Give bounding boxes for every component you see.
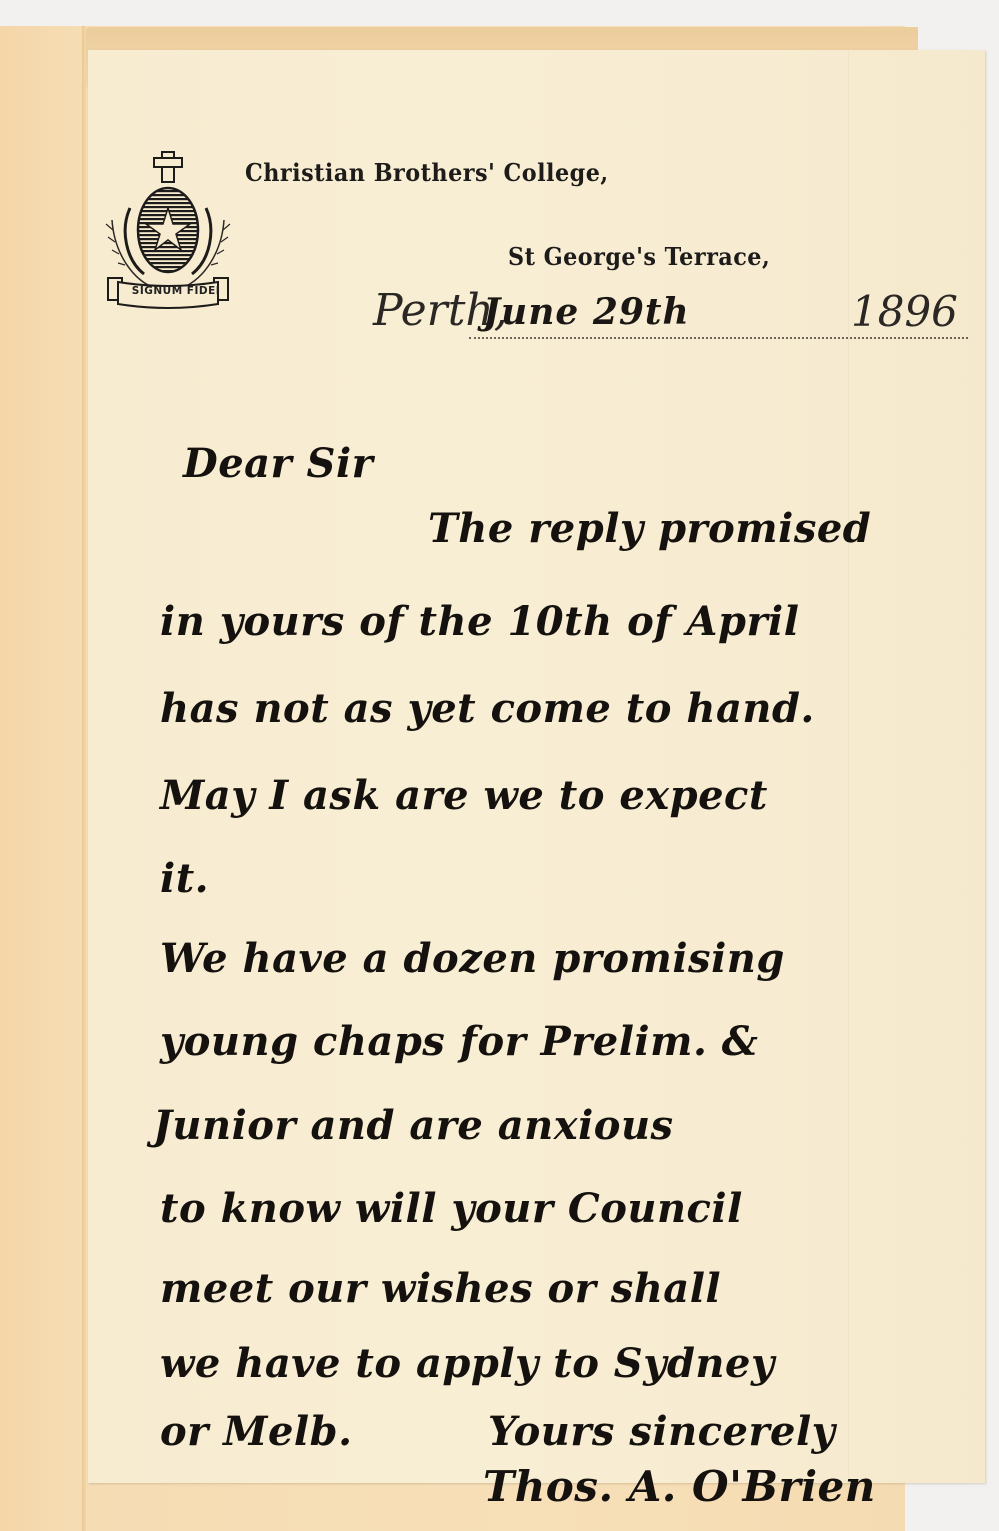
closing: Yours sincerely bbox=[488, 1408, 835, 1455]
letterhead-institution: Christian Brothers' College, bbox=[245, 158, 609, 187]
letter-sheet: SIGNUM FIDEI Christian Brothers' College… bbox=[88, 50, 985, 1483]
body-line: in yours of the 10th of April bbox=[160, 598, 799, 645]
body-line: May I ask are we to expect bbox=[160, 772, 768, 819]
date-year: 1896 bbox=[851, 287, 958, 336]
body-line: young chaps for Prelim. & bbox=[160, 1018, 758, 1065]
salutation: Dear Sir bbox=[183, 440, 373, 487]
date-dotted-rule bbox=[469, 337, 968, 339]
letterhead-address: St George's Terrace, bbox=[508, 242, 770, 271]
body-line: has not as yet come to hand. bbox=[160, 685, 815, 732]
body-line: we have to apply to Sydney bbox=[160, 1340, 775, 1387]
college-crest: SIGNUM FIDEI bbox=[100, 150, 236, 310]
body-line: or Melb. bbox=[160, 1408, 353, 1455]
body-line: meet our wishes or shall bbox=[160, 1265, 721, 1312]
crest-motto: SIGNUM FIDEI bbox=[124, 285, 228, 297]
body-line: Junior and are anxious bbox=[153, 1102, 674, 1149]
signature: Thos. A. O'Brien bbox=[483, 1462, 876, 1511]
body-line: We have a dozen promising bbox=[160, 935, 785, 982]
body-line: The reply promised bbox=[428, 505, 871, 552]
body-line: it. bbox=[160, 855, 209, 902]
folder-fold-edge bbox=[82, 26, 86, 1531]
paper-fold-line bbox=[848, 50, 850, 1483]
dateline: Perth, June 29th 1896 bbox=[373, 285, 968, 355]
date-day-month: June 29th bbox=[483, 291, 690, 333]
body-line: to know will your Council bbox=[160, 1185, 743, 1232]
